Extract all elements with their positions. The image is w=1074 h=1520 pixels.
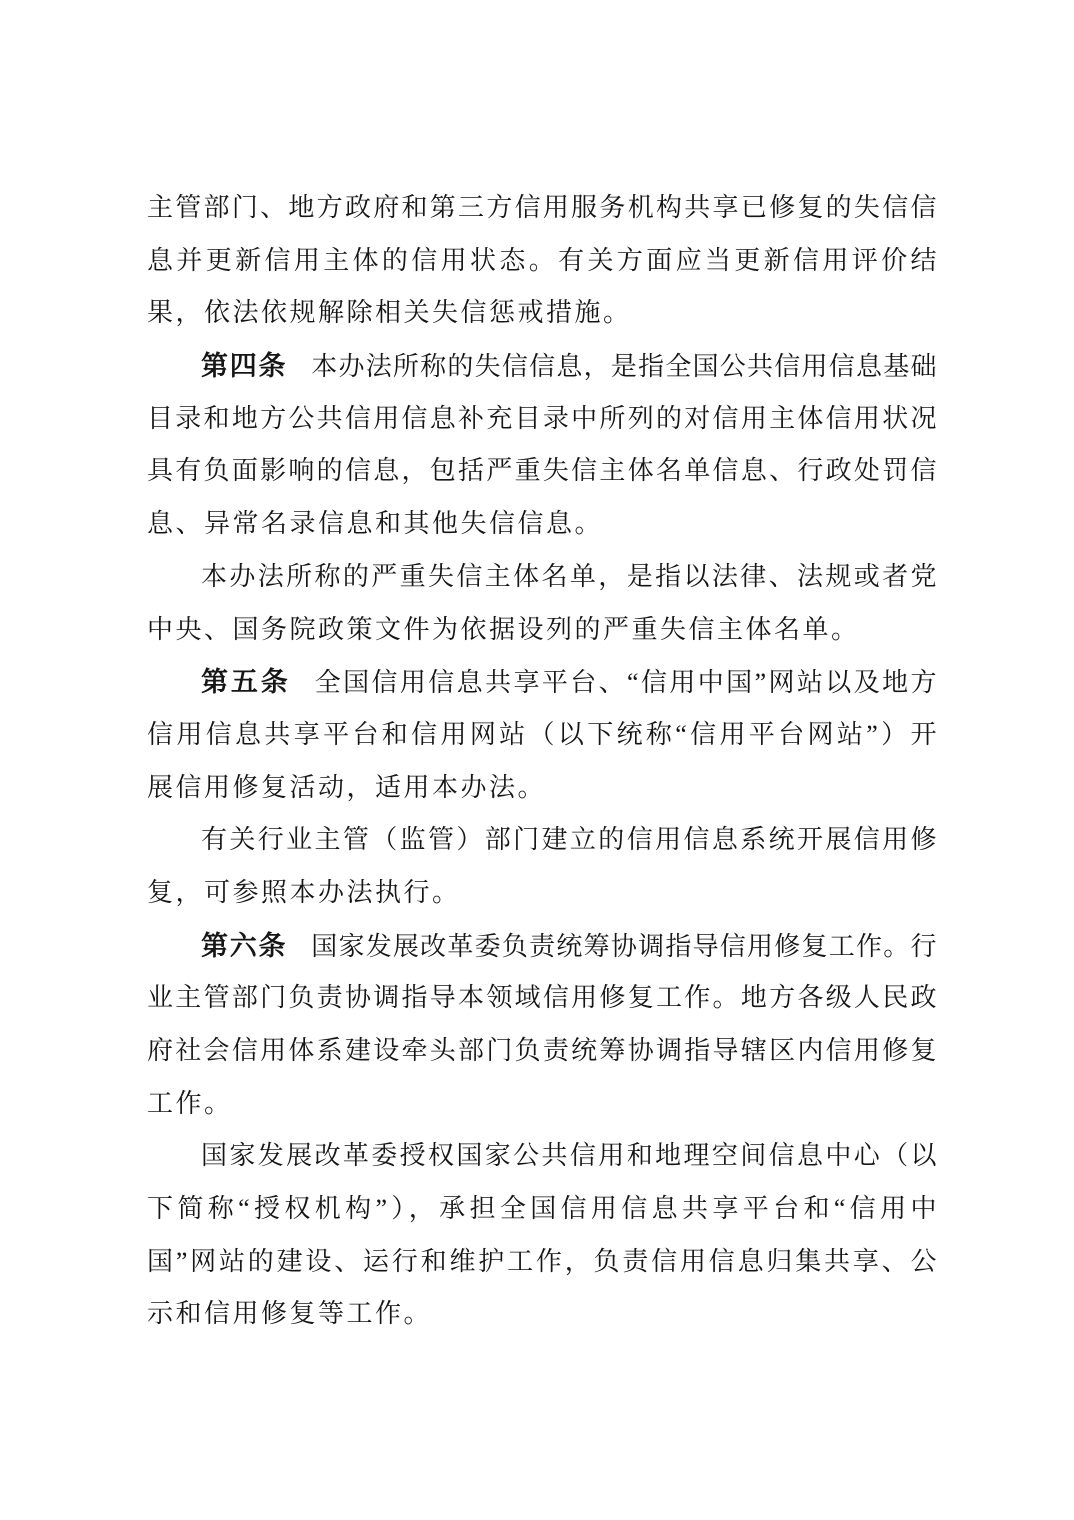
line-text: 下简称“授权机构”），承担全国信用信息共享平台和“信用中 <box>147 1194 937 1223</box>
line-text: 国家发展改革委负责统筹协调指导信用修复工作。行 <box>311 932 937 961</box>
document-page: 主管部门、地方政府和第三方信用服务机构共享已修复的失信信息并更新信用主体的信用状… <box>0 0 1074 1520</box>
text-line: 本办法所称的严重失信主体名单，是指以法律、法规或者党 <box>147 551 937 604</box>
document-text-block: 主管部门、地方政府和第三方信用服务机构共享已修复的失信信息并更新信用主体的信用状… <box>147 182 937 1341</box>
text-line: 中央、国务院政策文件为依据设列的严重失信主体名单。 <box>147 604 937 657</box>
line-text: 目录和地方公共信用信息补充目录中所列的对信用主体信用状况 <box>147 404 937 433</box>
line-text: 复，可参照本办法执行。 <box>147 878 461 907</box>
text-line: 息、异常名录信息和其他失信信息。 <box>147 498 937 551</box>
line-text: 中央、国务院政策文件为依据设列的严重失信主体名单。 <box>147 615 860 644</box>
text-line: 具有负面影响的信息，包括严重失信主体名单信息、行政处罚信 <box>147 445 937 498</box>
text-line: 国”网站的建设、运行和维护工作，负责信用信息归集共享、公 <box>147 1236 937 1289</box>
text-line: 有关行业主管（监管）部门建立的信用信息系统开展信用修 <box>147 814 937 867</box>
text-line: 下简称“授权机构”），承担全国信用信息共享平台和“信用中 <box>147 1183 937 1236</box>
line-text: 府社会信用体系建设牵头部门负责统筹协调指导辖区内信用修复 <box>147 1036 937 1065</box>
text-line: 第五条全国信用信息共享平台、“信用中国”网站以及地方 <box>147 656 937 709</box>
line-text: 工作。 <box>147 1089 233 1118</box>
text-line: 展信用修复活动，适用本办法。 <box>147 762 937 815</box>
text-line: 业主管部门负责协调指导本领域信用修复工作。地方各级人民政 <box>147 972 937 1025</box>
line-text: 国”网站的建设、运行和维护工作，负责信用信息归集共享、公 <box>147 1247 937 1276</box>
text-line: 息并更新信用主体的信用状态。有关方面应当更新信用评价结 <box>147 235 937 288</box>
text-line: 示和信用修复等工作。 <box>147 1288 937 1341</box>
text-line: 国家发展改革委授权国家公共信用和地理空间信息中心（以 <box>147 1130 937 1183</box>
text-line: 第四条本办法所称的失信信息，是指全国公共信用信息基础 <box>147 340 937 393</box>
line-text: 有关行业主管（监管）部门建立的信用信息系统开展信用修 <box>201 825 937 854</box>
text-line: 工作。 <box>147 1078 937 1131</box>
text-line: 复，可参照本办法执行。 <box>147 867 937 920</box>
text-line: 信用信息共享平台和信用网站（以下统称“信用平台网站”）开 <box>147 709 937 762</box>
line-text: 国家发展改革委授权国家公共信用和地理空间信息中心（以 <box>201 1141 937 1170</box>
text-line: 主管部门、地方政府和第三方信用服务机构共享已修复的失信信 <box>147 182 937 235</box>
article-number: 第四条 <box>201 351 287 381</box>
line-text: 示和信用修复等工作。 <box>147 1299 432 1328</box>
line-text: 息并更新信用主体的信用状态。有关方面应当更新信用评价结 <box>147 246 937 275</box>
line-text: 主管部门、地方政府和第三方信用服务机构共享已修复的失信信 <box>147 193 937 222</box>
line-text: 展信用修复活动，适用本办法。 <box>147 773 546 802</box>
line-text: 本办法所称的严重失信主体名单，是指以法律、法规或者党 <box>201 562 937 591</box>
line-text: 信用信息共享平台和信用网站（以下统称“信用平台网站”）开 <box>147 720 937 749</box>
text-line: 目录和地方公共信用信息补充目录中所列的对信用主体信用状况 <box>147 393 937 446</box>
article-number: 第六条 <box>201 931 287 961</box>
line-text: 业主管部门负责协调指导本领域信用修复工作。地方各级人民政 <box>147 983 937 1012</box>
line-text: 果，依法依规解除相关失信惩戒措施。 <box>147 298 632 327</box>
text-line: 府社会信用体系建设牵头部门负责统筹协调指导辖区内信用修复 <box>147 1025 937 1078</box>
line-text: 本办法所称的失信信息，是指全国公共信用信息基础 <box>311 352 937 381</box>
line-text: 息、异常名录信息和其他失信信息。 <box>147 509 603 538</box>
text-line: 第六条国家发展改革委负责统筹协调指导信用修复工作。行 <box>147 920 937 973</box>
line-text: 具有负面影响的信息，包括严重失信主体名单信息、行政处罚信 <box>147 456 937 485</box>
line-text: 全国信用信息共享平台、“信用中国”网站以及地方 <box>315 668 937 697</box>
article-number: 第五条 <box>201 667 291 697</box>
text-line: 果，依法依规解除相关失信惩戒措施。 <box>147 287 937 340</box>
